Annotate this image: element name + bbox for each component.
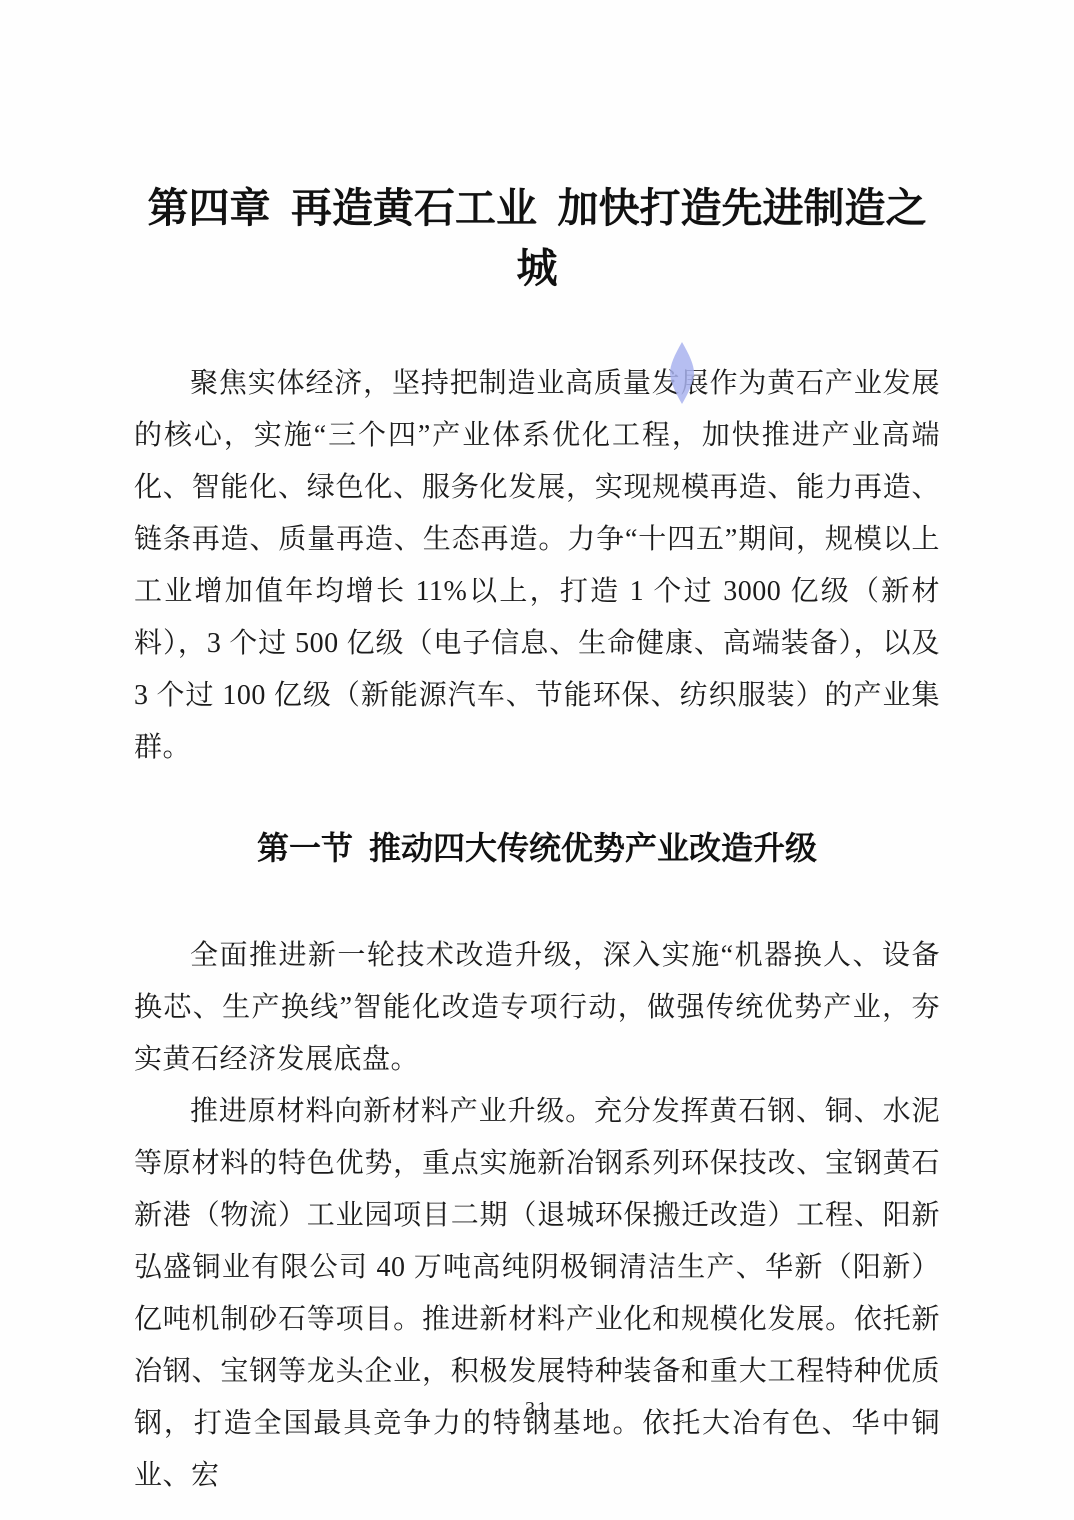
document-page: 第四章 再造黄石工业 加快打造先进制造之城 聚焦实体经济，坚持把制造业高质量发展… <box>0 0 1074 1520</box>
chapter-title: 第四章 再造黄石工业 加快打造先进制造之城 <box>134 0 940 298</box>
page-content: 第四章 再造黄石工业 加快打造先进制造之城 聚焦实体经济，坚持把制造业高质量发展… <box>134 0 940 1502</box>
page-number: 31 <box>0 1398 1074 1421</box>
paragraph: 聚焦实体经济，坚持把制造业高质量发展作为黄石产业发展的核心，实施“三个四”产业体… <box>134 358 940 774</box>
paragraph: 推进原材料向新材料产业升级。充分发挥黄石钢、铜、水泥等原材料的特色优势，重点实施… <box>134 1086 940 1502</box>
section-title: 第一节 推动四大传统优势产业改造升级 <box>134 828 940 868</box>
paragraph: 全面推进新一轮技术改造升级，深入实施“机器换人、设备换芯、生产换线”智能化改造专… <box>134 930 940 1086</box>
